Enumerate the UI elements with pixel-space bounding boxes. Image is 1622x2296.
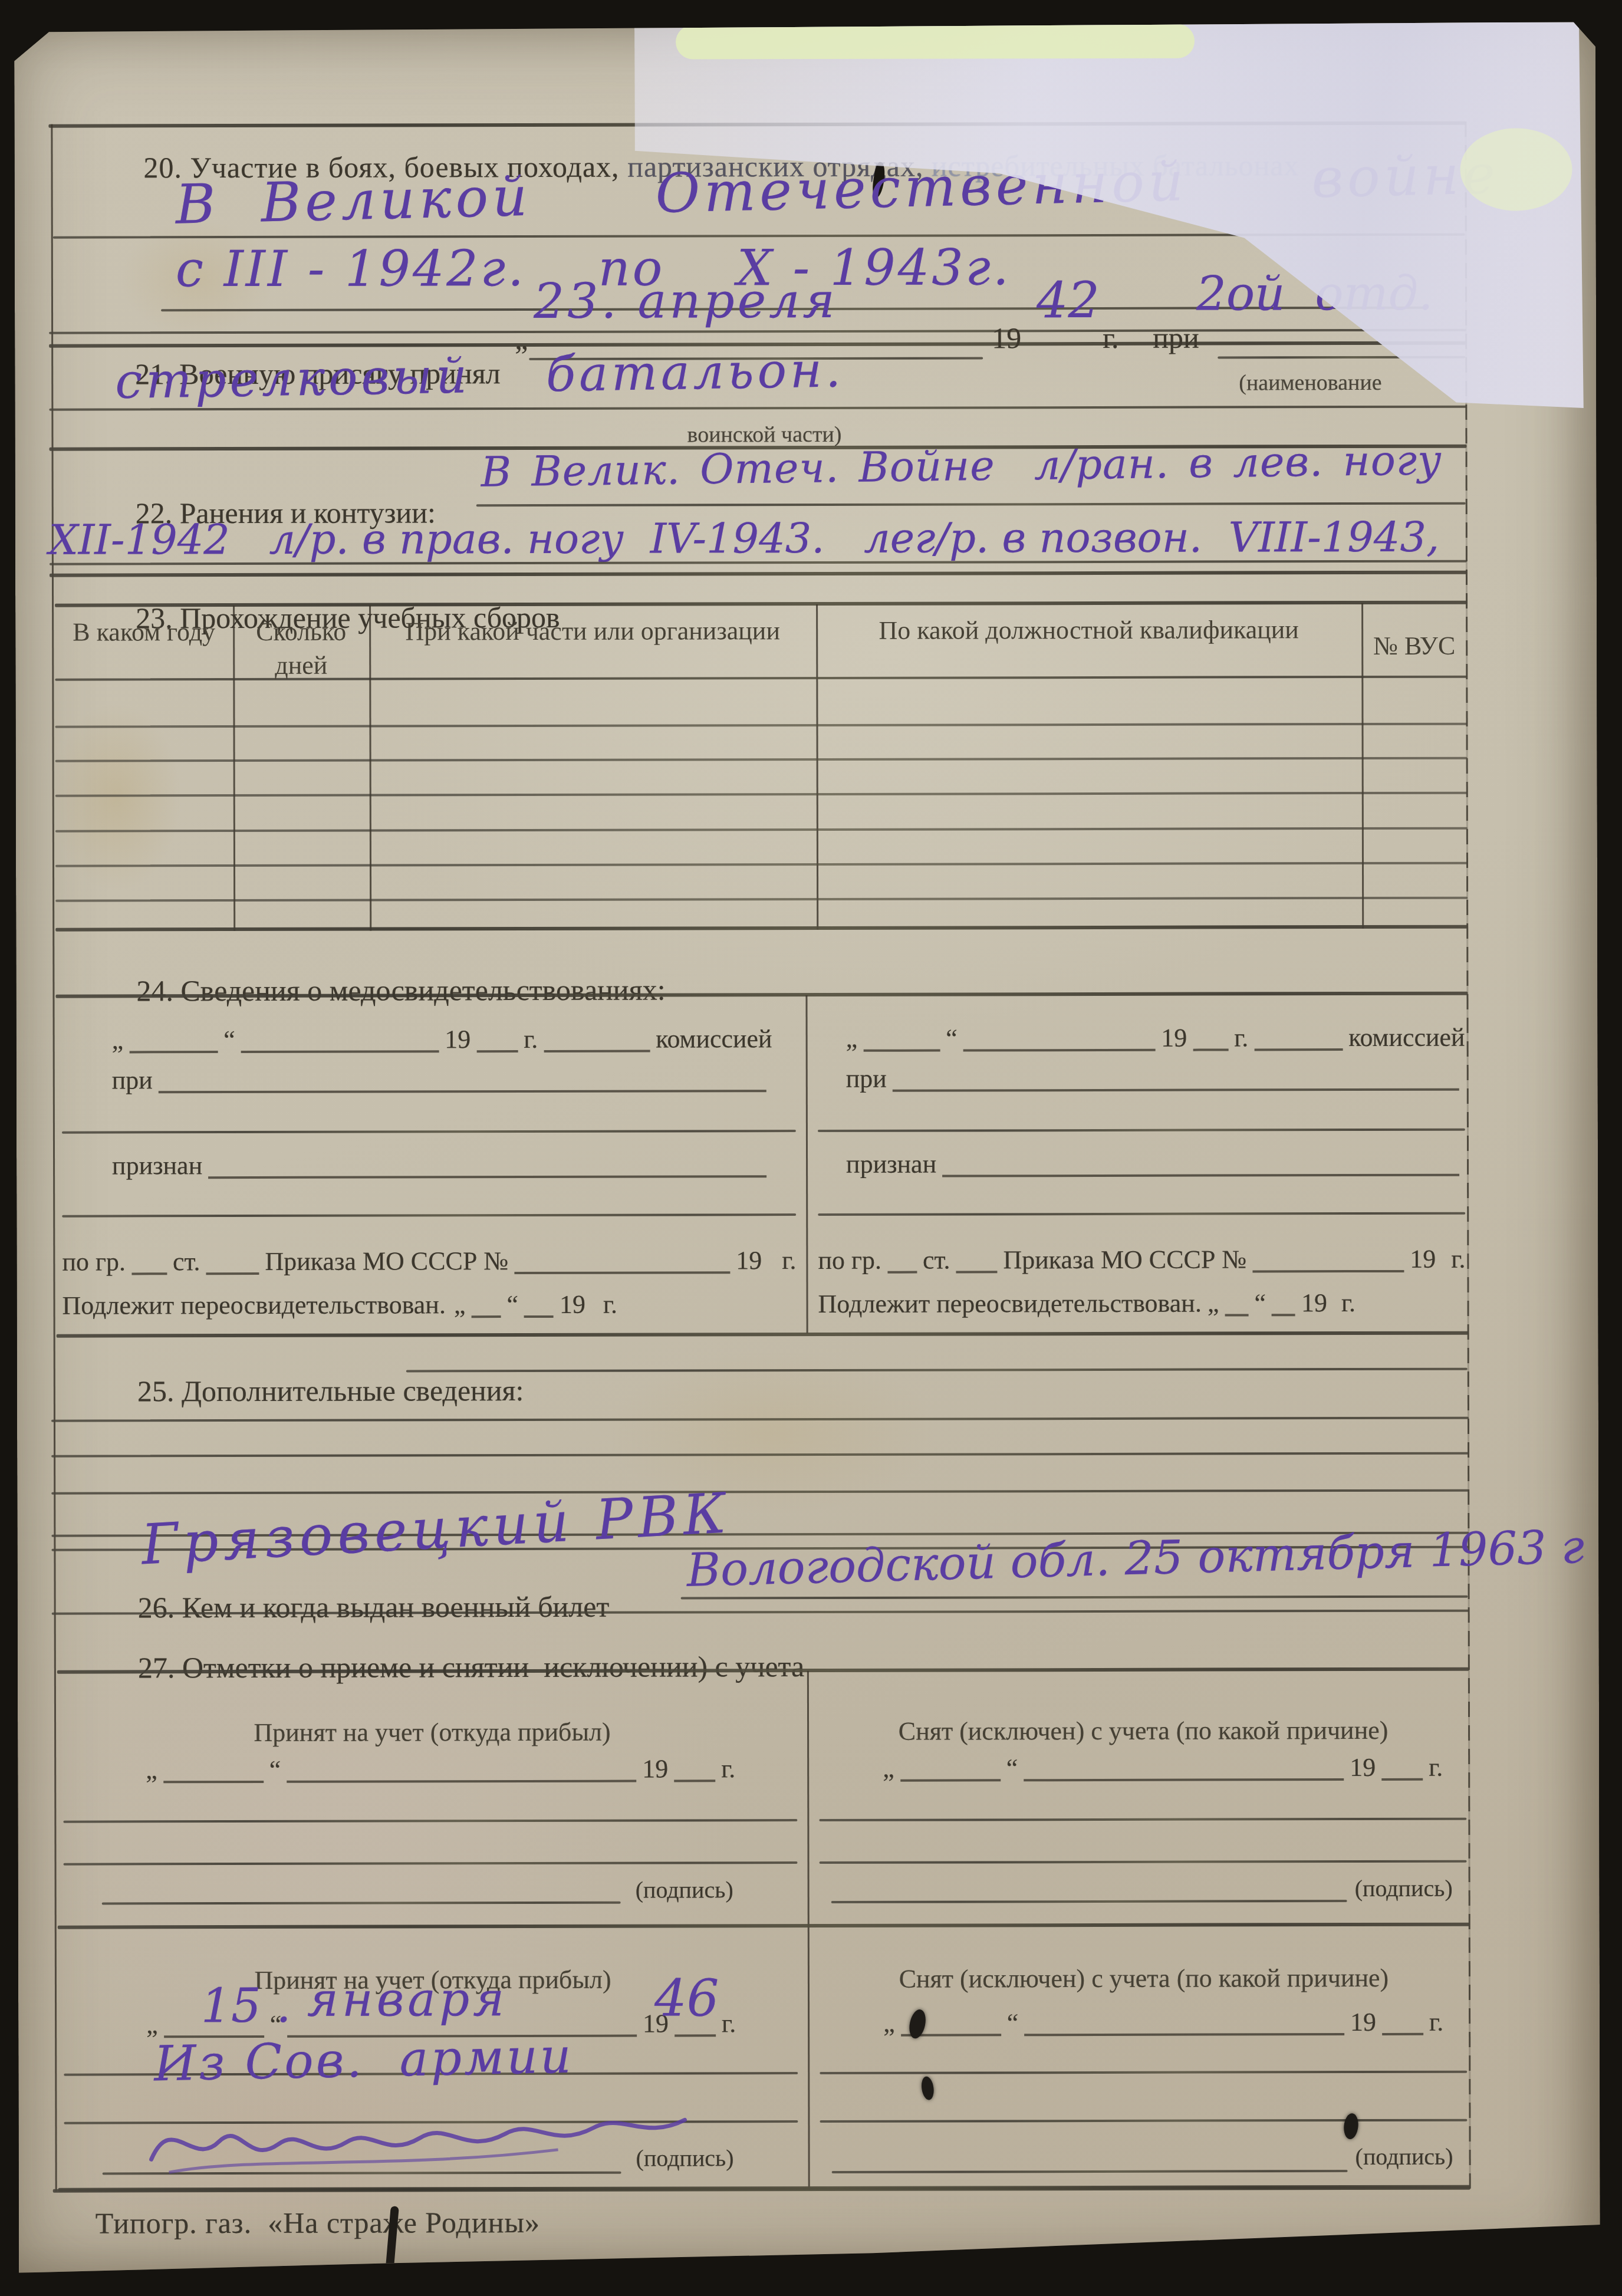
- blank-line: [1225, 1308, 1248, 1316]
- med-right-reexam-row: Подлежит переосвидетельствован. „ “ 19 г…: [818, 1283, 1465, 1317]
- blank-line: [674, 1774, 715, 1782]
- blank-line: [1272, 1308, 1295, 1316]
- close-quote: “: [946, 1025, 958, 1051]
- table-empty-row-line: [55, 757, 1468, 762]
- pri-label: при: [1153, 321, 1199, 356]
- med-left-reexam-row: Подлежит переосвидетельствован. „ “ 19 г…: [62, 1284, 796, 1319]
- blank-line: [163, 1775, 264, 1783]
- table-header-days: Сколько дней: [233, 615, 369, 683]
- ruled-line: [818, 1129, 1465, 1132]
- table-empty-row-line: [55, 723, 1467, 728]
- table-header-unit: При какой части или организации: [369, 614, 816, 649]
- table-header-vus: № ВУС: [1361, 629, 1467, 663]
- item-21-handwriting-year: 42: [1037, 275, 1100, 325]
- open-quote: „: [846, 1026, 858, 1052]
- blank-line: [208, 1169, 766, 1179]
- accept-date-row: „ “ 19 г.: [146, 1749, 735, 1783]
- item-21-handwriting-date: 23. апреля: [534, 277, 838, 326]
- document-paper: 20. Участие в боях, боевых походах, парт…: [14, 22, 1600, 2273]
- remove-date-row-2: „ “ 19 г.: [883, 2002, 1443, 2037]
- blank-line: [159, 1084, 766, 1093]
- patch-green-tint: [1460, 128, 1572, 210]
- table-empty-row-line: [55, 897, 1468, 902]
- ruled-line: [818, 1212, 1465, 1216]
- med-right-pri-row: при: [846, 1058, 1465, 1092]
- ruled-line: [51, 1489, 1469, 1495]
- blank-line: [900, 1773, 1001, 1781]
- med-right-date-row: „ “ 19 г. комиссией: [846, 1018, 1465, 1052]
- blank-line: [287, 1774, 636, 1783]
- signature-caption: (подпись): [1355, 2143, 1453, 2170]
- item-25-label: 25. Дополнительные сведения:: [108, 1340, 524, 1408]
- hint-naimenovanie: (наименование: [1239, 370, 1381, 396]
- open-quote: „: [112, 1027, 124, 1053]
- blank-line: [1024, 1772, 1344, 1781]
- signature-line: [832, 2170, 1348, 2173]
- blank-line: [956, 1265, 997, 1273]
- med-left-priznan-row: признан: [112, 1144, 772, 1179]
- close-quote: “: [223, 1027, 235, 1053]
- blank-line: [863, 1044, 940, 1052]
- signature-line: [831, 1900, 1347, 1903]
- ruled-line: [51, 1417, 1469, 1422]
- table-header-qualification: По какой должностной квалификации: [816, 613, 1361, 647]
- table-empty-row-line: [55, 827, 1468, 833]
- signature-caption: (подпись): [636, 1876, 733, 1903]
- ruled-line: [63, 1819, 797, 1823]
- remove-date-row: „ “ 19 г.: [883, 1748, 1443, 1782]
- year-suffix: г.: [1103, 321, 1118, 356]
- item-21-handwriting-battalion: стрелковый батальон.: [115, 346, 845, 406]
- blank-line: [675, 2028, 716, 2037]
- printer-imprint: Типогр. газ. «На страже Родины»: [96, 2206, 540, 2241]
- signature-line: [102, 1902, 621, 1905]
- photo-background: 20. Участие в боях, боевых походах, парт…: [0, 0, 1622, 2296]
- item-22-handwriting-2: XII-1942 л/р. в прав. ногу IV-1943. лег/…: [49, 517, 1439, 561]
- table-empty-row-line: [55, 862, 1468, 867]
- training-table: В каком году Сколько дней При какой част…: [55, 601, 1468, 932]
- med-right-priznan-row: признан: [846, 1143, 1465, 1177]
- blank-line: [544, 1044, 650, 1052]
- blank-line: [241, 1044, 439, 1053]
- item-27-handwriting-from: Из Сов. армии: [154, 2032, 574, 2089]
- ruled-line: [476, 502, 1466, 507]
- block-bottom-border: [57, 1331, 1469, 1338]
- signature-scrawl-icon: [145, 2099, 693, 2177]
- ruled-line: [406, 1368, 1468, 1373]
- blank-line: [524, 1310, 554, 1318]
- med-left-pri-row: при: [112, 1059, 772, 1093]
- table-header-year: В каком году: [55, 615, 233, 649]
- med-left-order-row: по гр. ст. Приказа МО СССР № 19 г.: [62, 1241, 796, 1275]
- ruled-line: [681, 1596, 1468, 1600]
- item-27-handwriting-month: января: [307, 1976, 508, 2024]
- item-27-handwriting-year: 46: [654, 1973, 719, 2024]
- ruled-line: [819, 1818, 1466, 1821]
- blank-line: [131, 1267, 167, 1275]
- table-empty-row-line: [55, 792, 1468, 797]
- ruled-line: [62, 1213, 796, 1218]
- blank-line: [514, 1265, 730, 1274]
- medical-examinations-block: „ “ 19 г. комиссией при признан по гр. с…: [55, 992, 1468, 1338]
- ruled-line: [820, 2071, 1467, 2074]
- blank-line: [887, 1265, 917, 1274]
- blank-line: [1193, 1043, 1228, 1051]
- accept-header: Принят на учет (откуда прибыл): [57, 1715, 807, 1750]
- item-22-handwriting-1: В Велик. Отеч. Войне л/ран. в лев. ногу: [481, 439, 1442, 492]
- ruled-line: [820, 1860, 1467, 1864]
- block-center-divider: [807, 1671, 810, 2188]
- patch-green-tint: [676, 24, 1195, 60]
- remove-header: Снят (исключен) с учета (по какой причин…: [819, 1713, 1468, 1748]
- med-right-order-row: по гр. ст. Приказа МО СССР № 19 г.: [818, 1239, 1465, 1274]
- signature-caption: (подпись): [1355, 1875, 1453, 1902]
- blank-line: [471, 1310, 501, 1318]
- ruled-line: [51, 1452, 1469, 1458]
- table-bottom-border: [55, 925, 1468, 932]
- blank-line: [1381, 1772, 1423, 1781]
- remove-header: Снят (исключен) с учета (по какой причин…: [820, 1961, 1468, 1996]
- item-25-number: 25.: [137, 1374, 175, 1407]
- commission-label: комиссией: [1348, 1025, 1465, 1051]
- ruled-line: [64, 1861, 798, 1866]
- blank-line: [893, 1083, 1459, 1092]
- blank-line: [963, 1043, 1155, 1052]
- block-separator: [58, 1923, 1470, 1929]
- year-prefix: 19: [992, 321, 1021, 356]
- med-left-date-row: „ “ 19 г. комиссией: [112, 1019, 772, 1053]
- blank-line: [1252, 1264, 1404, 1273]
- ruled-line: [820, 2119, 1467, 2123]
- blank-line: [1382, 2027, 1423, 2035]
- blank-line: [206, 1267, 259, 1275]
- blank-line: [476, 1044, 518, 1052]
- table-column-divider: [816, 604, 818, 930]
- commission-label: комиссией: [656, 1026, 772, 1052]
- block-center-divider: [805, 995, 808, 1334]
- blank-line: [942, 1168, 1459, 1177]
- blank-line: [129, 1045, 218, 1053]
- ruled-line: [62, 1130, 796, 1134]
- blank-line: [1024, 2027, 1344, 2036]
- blank-line: [1254, 1042, 1343, 1051]
- table-column-divider: [369, 606, 371, 931]
- item-27-handwriting-day: 15 .: [201, 1982, 291, 2029]
